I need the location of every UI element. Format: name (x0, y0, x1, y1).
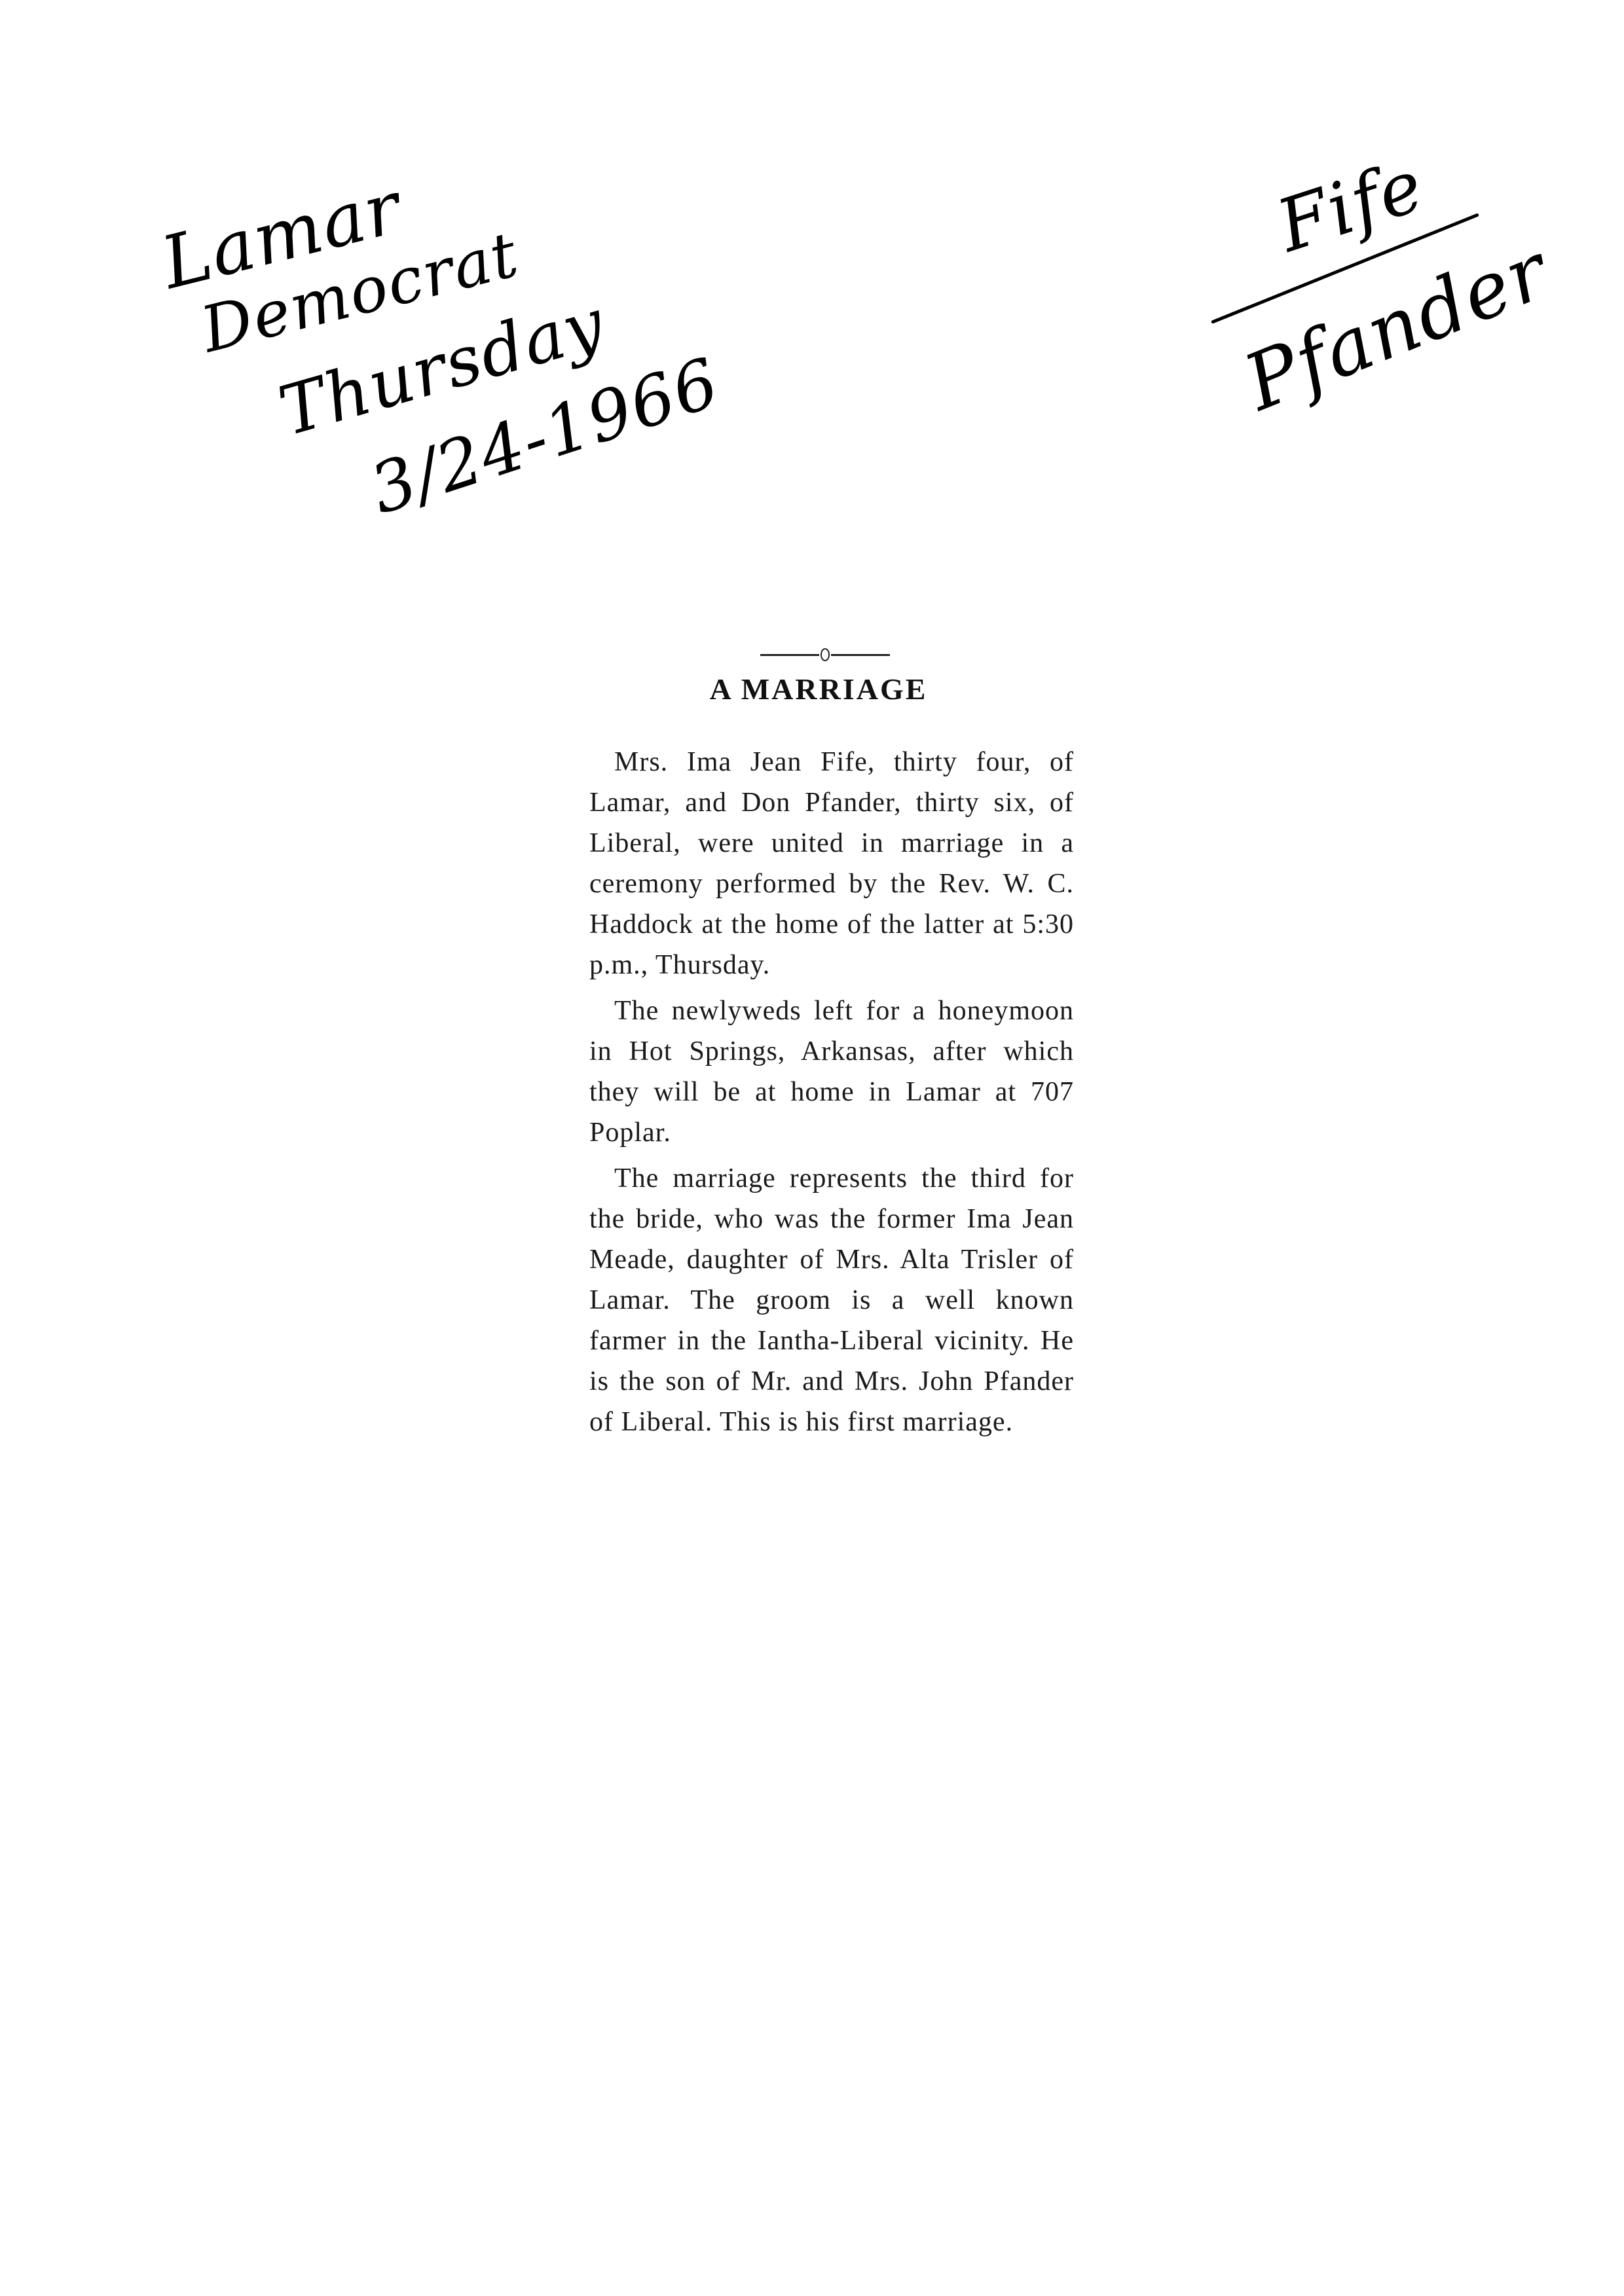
article-paragraph-2: The newlyweds left for a honeymoon in Ho… (589, 991, 1074, 1153)
article-paragraph-1: Mrs. Ima Jean Fife, thirty four, of Lama… (589, 742, 1074, 985)
article-headline: A MARRIAGE (563, 672, 1074, 706)
handwritten-source-note: Lamar Democrat Thursday 3/24-1966 (164, 196, 688, 524)
ornamental-rule (576, 648, 1074, 661)
newspaper-clipping: A MARRIAGE Mrs. Ima Jean Fife, thirty fo… (589, 648, 1074, 1448)
handwritten-surnames-note: Fife Pfander (1198, 151, 1565, 452)
note-surname-groom: Pfander (1232, 225, 1561, 428)
note-surname-bride: Fife (1268, 143, 1434, 268)
article-paragraph-3: The marriage represents the third for th… (589, 1158, 1074, 1442)
